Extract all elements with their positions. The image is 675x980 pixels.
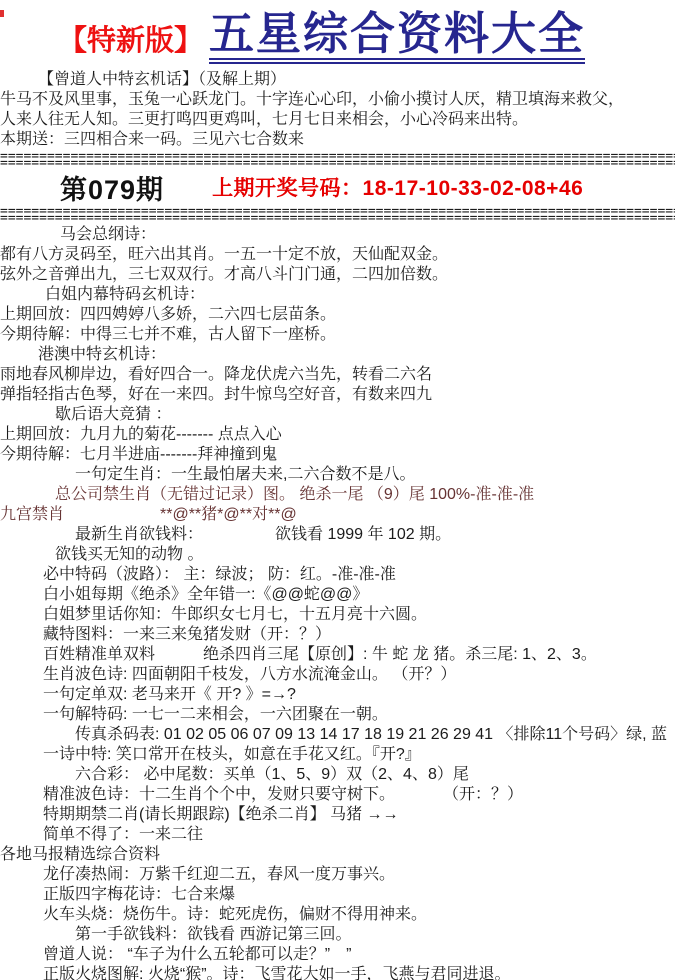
- text-line: 精准波色诗：十二生肖个个中，发财只要守树下。 （开：？）: [0, 785, 675, 805]
- text-line: 一句定单双: 老马来开《 开? 》=→?: [0, 685, 675, 705]
- text-line: 白小姐每期《绝杀》全年错一:《@@蛇@@》: [0, 585, 675, 605]
- text-line: 生肖波色诗: 四面朝阳千枝发，八方水流淹金山。 （开？）: [0, 665, 675, 685]
- text-line: 牛马不及风里事，玉兔一心跃龙门。十字连心心印，小偷小摸讨人厌，精卫填海来救父，: [0, 90, 675, 110]
- text-line: 曾道人说： “车子为什么五轮都可以走？” ”: [0, 945, 675, 965]
- masthead: 【特新版】 五星综合资料大全: [0, 6, 675, 64]
- scan-artifact-mark: [0, 10, 4, 17]
- page-title: 五星综合资料大全: [209, 11, 585, 64]
- text-line: 弦外之音弹出九，三七双双行。才高八斗门门通，二四加倍数。: [0, 265, 675, 285]
- text-line: 都有八方灵码至，旺六出其肖。一五一十定不放，天仙配双金。: [0, 245, 675, 265]
- separator-line: ========================================…: [0, 153, 675, 160]
- text-line: 今期待解：中得三七并不难，古人留下一座桥。: [0, 325, 675, 345]
- text-line: 欲钱买无知的动物 。: [0, 545, 675, 565]
- text-line: 【曾道人中特玄机话】（及解上期）: [0, 70, 675, 90]
- text-line: 藏特图料：一来三来兔猪发财（开：？）: [0, 625, 675, 645]
- lottery-info-sheet: 【特新版】 五星综合资料大全 【曾道人中特玄机话】（及解上期）牛马不及风里事，玉…: [0, 0, 675, 980]
- text-line: 一句解特码: 一七一二来相会，一六团聚在一朝。: [0, 705, 675, 725]
- issue-number: 第079期: [60, 168, 164, 207]
- edition-badge: 【特新版】: [58, 27, 203, 56]
- text-line: 火车头烧：烧伤牛。诗：蛇死虎伤，偏财不得用神来。: [0, 905, 675, 925]
- separator-top: ========================================…: [0, 153, 675, 167]
- text-line: 龙仔凑热闹：万紫千红迎二五，春风一度万事兴。: [0, 865, 675, 885]
- last-draw-numbers: 上期开奖号码：18-17-10-33-02-08+46: [212, 172, 583, 202]
- text-line: 人来人往无人知。三更打鸣四更鸡叫，七月七日来相会，小心冷码来出特。: [0, 110, 675, 130]
- text-line: 传真杀码表: 01 02 05 06 07 09 13 14 17 18 19 …: [0, 725, 675, 745]
- text-line: 正版四字梅花诗：七合来爆: [0, 885, 675, 905]
- text-line: 港澳中特玄机诗：: [0, 345, 675, 365]
- zengdaoren-section: 【曾道人中特玄机话】（及解上期）牛马不及风里事，玉兔一心跃龙门。十字连心心印，小…: [0, 70, 675, 150]
- text-line: 各地马报精选综合资料: [0, 845, 675, 865]
- text-line: 必中特码（波路）： 主：绿波； 防：红。-准-准-准: [0, 565, 675, 585]
- issue-header: 第079期 上期开奖号码：18-17-10-33-02-08+46: [0, 169, 675, 205]
- separator-bottom: ========================================…: [0, 208, 675, 222]
- text-line: 歇后语大竞猜 ：: [0, 405, 675, 425]
- text-line: 雨地春风柳岸边，看好四合一。降龙伏虎六当先，转看二六名: [0, 365, 675, 385]
- text-line: 白姐内幕特码玄机诗：: [0, 285, 675, 305]
- text-line: 白姐梦里话你知：牛郎织女七月七，十五月亮十六圆。: [0, 605, 675, 625]
- text-line: 正版火烧图解: 火烧“猴”。诗：飞雪花大如一手，飞燕与君同进退。: [0, 965, 675, 980]
- text-line: 一诗中特: 笑口常开在枝头，如意在手花又红。『开?』: [0, 745, 675, 765]
- separator-line: ========================================…: [0, 208, 675, 215]
- text-line: 本期送：三四相合来一码。三见六七合数来: [0, 130, 675, 150]
- separator-line: ========================================…: [0, 160, 675, 167]
- text-line: 百姓精准单双料 绝杀四肖三尾【原创】: 牛 蛇 龙 猪。杀三尾: 1、2、3。: [0, 645, 675, 665]
- content-lines: 马会总纲诗：都有八方灵码至，旺六出其肖。一五一十定不放，天仙配双金。弦外之音弹出…: [0, 225, 675, 980]
- text-line: 马会总纲诗：: [0, 225, 675, 245]
- text-line: 第一手欲钱料：欲钱看 西游记第三回。: [0, 925, 675, 945]
- text-line: 特期期禁二肖(请长期跟踪)【绝杀二肖】 马猪 →→: [0, 805, 675, 825]
- text-line: 上期回放：四四娉婷八多娇，二六四七层苗条。: [0, 305, 675, 325]
- text-line: 九宫禁肖 **@**猪*@**对**@: [0, 505, 675, 525]
- text-line: 六合彩： 必中尾数：买单（1、5、9）双（2、4、8）尾: [0, 765, 675, 785]
- text-line: 最新生肖欲钱料： 欲钱看 1999 年 102 期。: [0, 525, 675, 545]
- text-line: 一句定生肖：一生最怕屠夫来,二六合数不是八。: [0, 465, 675, 485]
- text-line: 今期待解：七月半进庙-------拜神撞到鬼: [0, 445, 675, 465]
- text-line: 简单不得了：一来二往: [0, 825, 675, 845]
- text-line: 总公司禁生肖（无错过记录）图。 绝杀一尾 （9）尾 100%-准-准-准: [0, 485, 675, 505]
- text-line: 上期回放：九月九的菊花------- 点点入心: [0, 425, 675, 445]
- separator-line: ========================================…: [0, 215, 675, 222]
- text-line: 弹指轻指古色琴，好在一来四。封牛惊鸟空好音，有数来四九: [0, 385, 675, 405]
